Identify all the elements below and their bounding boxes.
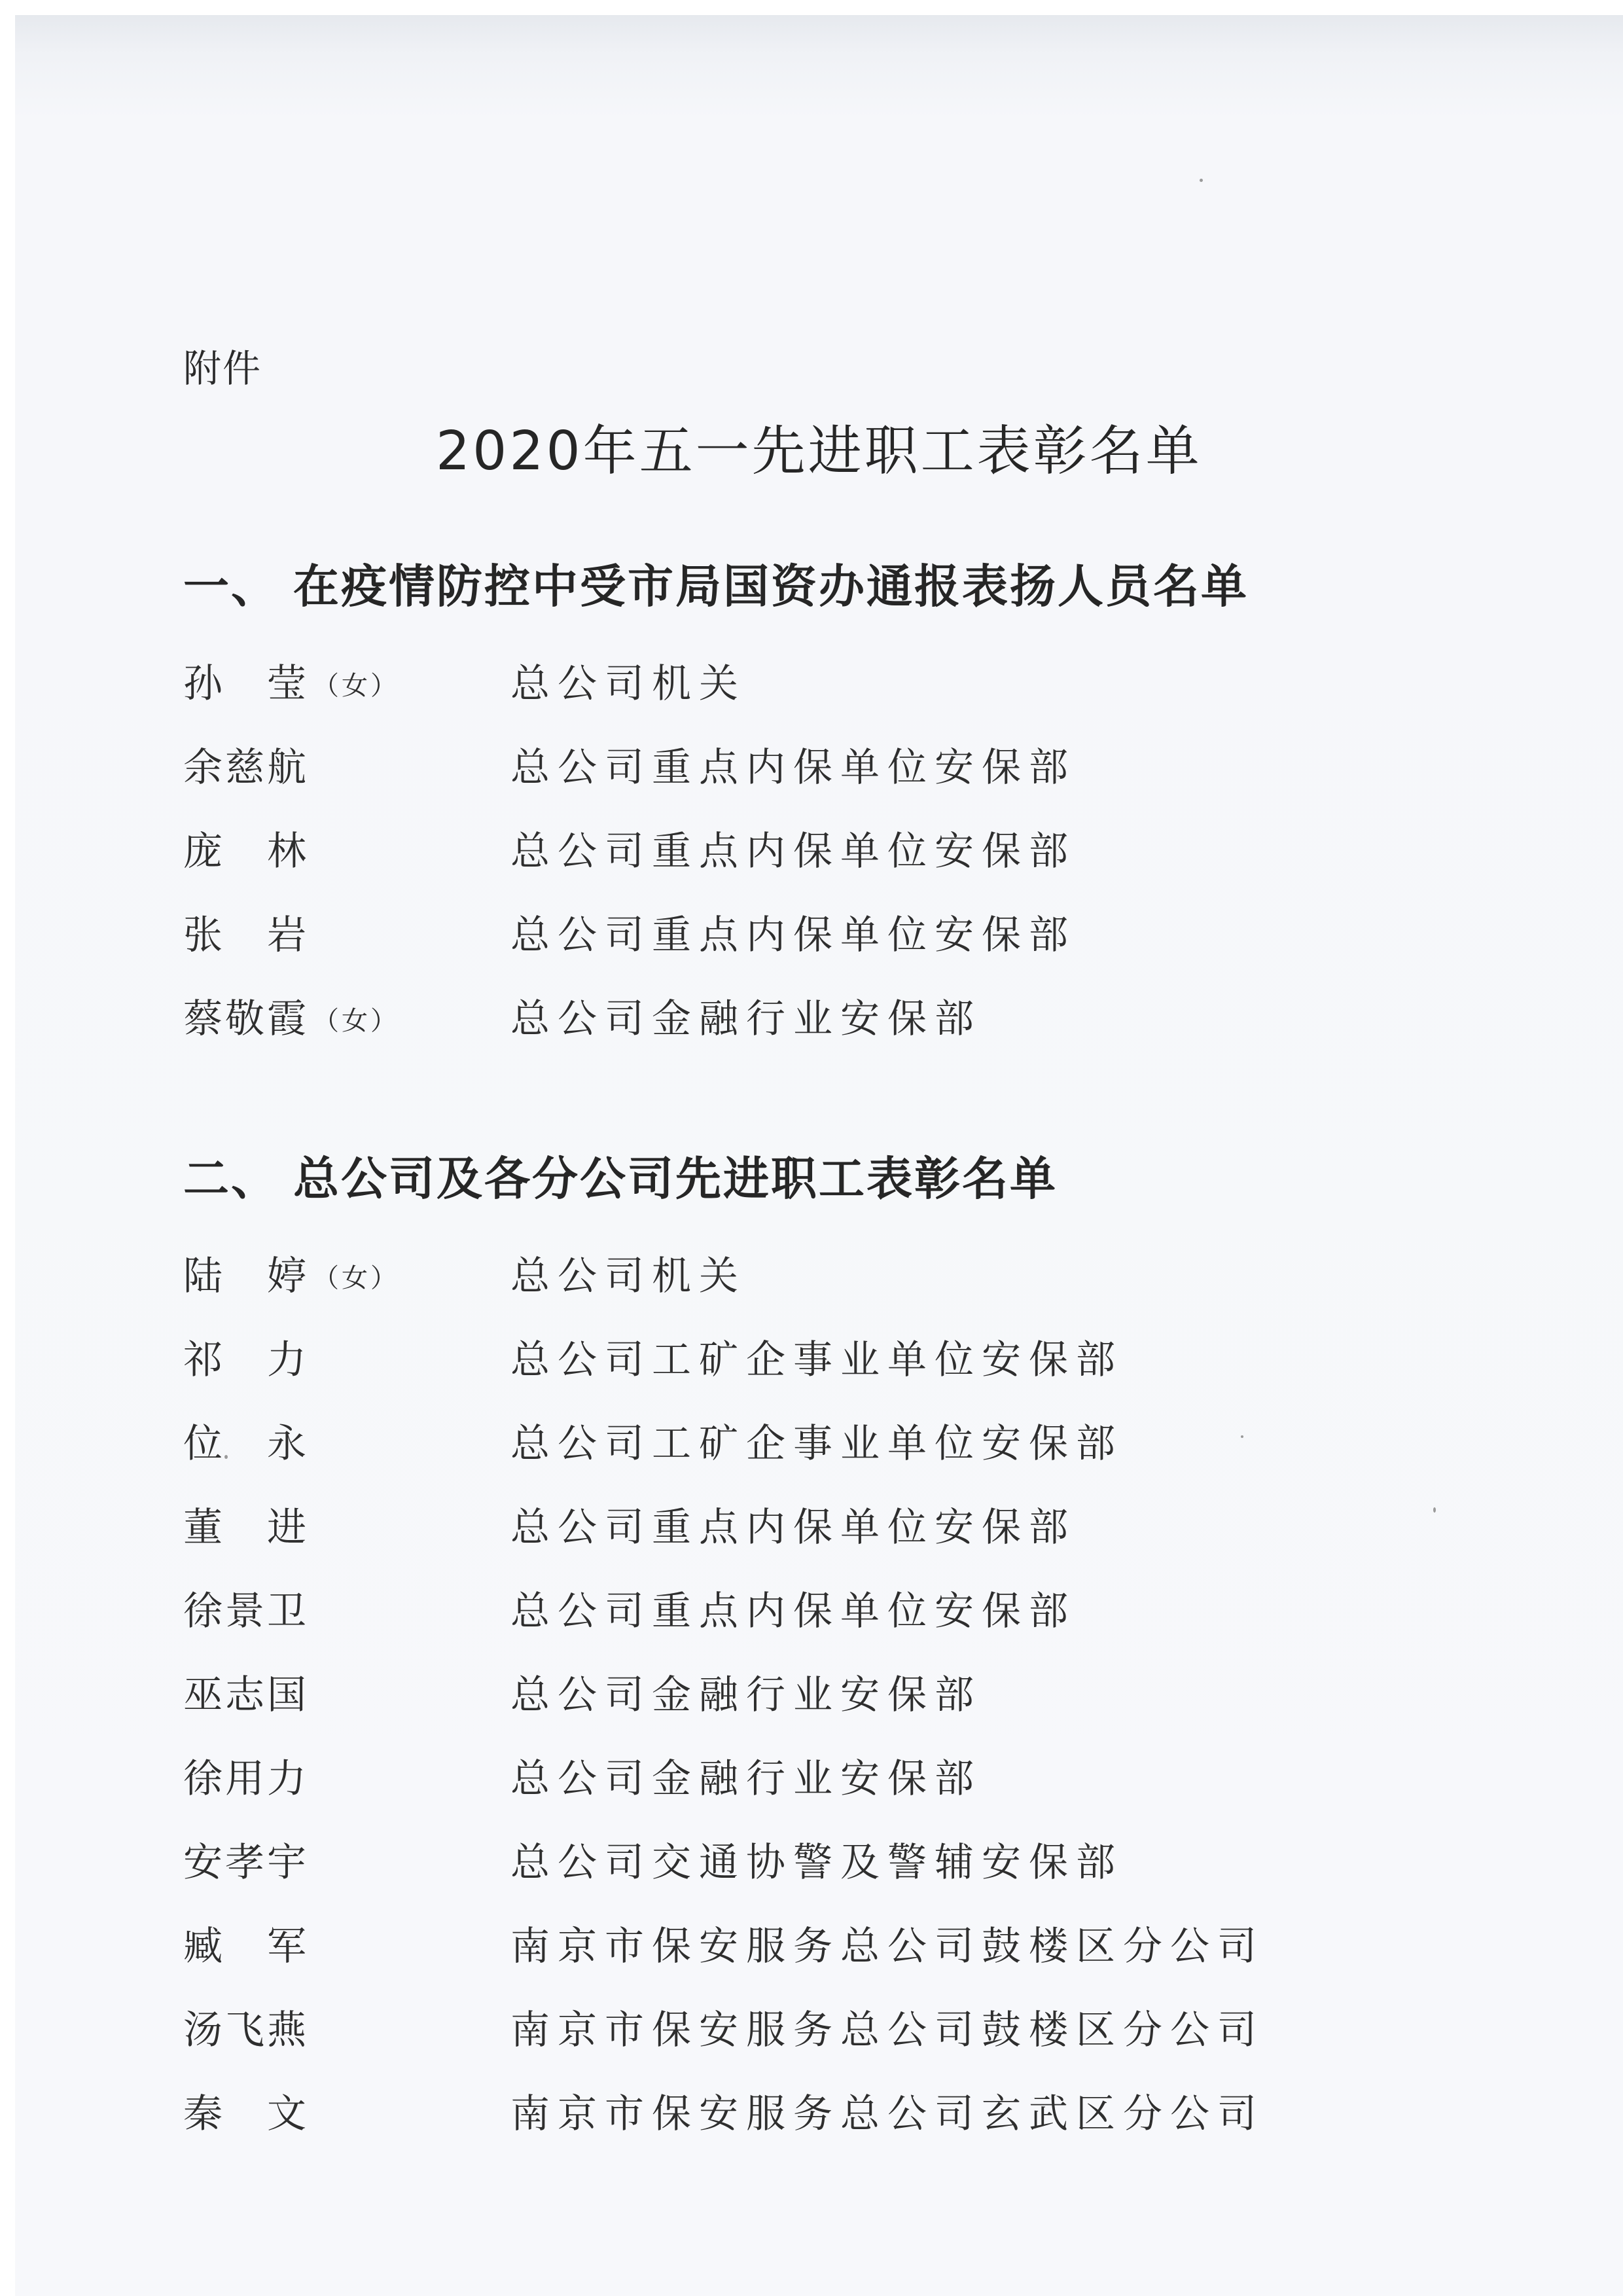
awardee-name: 臧军 <box>183 1917 309 1976</box>
page-title: 2020年五一先进职工表彰名单 <box>436 416 1202 488</box>
gender-note: （女） <box>313 671 399 701</box>
scan-speck <box>1433 1507 1436 1513</box>
scan-speck <box>224 1455 228 1459</box>
list-item: 陆婷（女）总公司机关 <box>183 1247 1427 1306</box>
section-title: 总公司及各分公司先进职工表彰名单 <box>293 1152 1058 1206</box>
awardee-name-text: 陆婷 <box>183 1253 309 1299</box>
awardee-name: 张岩 <box>183 906 309 965</box>
section-number: 二、 <box>183 1147 293 1210</box>
list-item: 汤飞燕南京市保安服务总公司鼓楼区分公司 <box>183 2001 1427 2060</box>
section-title: 在疫情防控中受市局国资办通报表扬人员名单 <box>293 560 1249 613</box>
awardee-unit: 总公司工矿企事业单位安保部 <box>510 1331 1123 1390</box>
awardee-name-text: 秦文 <box>183 2091 309 2137</box>
awardee-unit: 南京市保安服务总公司鼓楼区分公司 <box>510 2001 1264 2060</box>
awardee-unit: 总公司工矿企事业单位安保部 <box>510 1414 1123 1473</box>
awardee-unit: 总公司重点内保单位安保部 <box>510 822 1076 881</box>
list-item: 巫志国总公司金融行业安保部 <box>183 1666 1427 1725</box>
section-number: 一、 <box>183 555 293 618</box>
list-item: 孙莹（女）总公司机关 <box>183 655 1427 713</box>
list-item: 臧军南京市保安服务总公司鼓楼区分公司 <box>183 1917 1427 1976</box>
gender-note: （女） <box>313 1263 399 1293</box>
awardee-name: 安孝宇 <box>183 1833 309 1892</box>
awardee-name: 蔡敬霞（女） <box>183 990 399 1050</box>
list-item: 祁力总公司工矿企事业单位安保部 <box>183 1331 1427 1390</box>
scan-speck <box>1200 179 1203 182</box>
awardee-name-text: 张岩 <box>183 912 309 958</box>
list-item: 庞林总公司重点内保单位安保部 <box>183 822 1427 881</box>
awardee-name: 孙莹（女） <box>183 655 399 715</box>
awardee-unit: 总公司重点内保单位安保部 <box>510 1498 1076 1557</box>
awardee-unit: 总公司金融行业安保部 <box>510 990 982 1049</box>
list-item: 董进总公司重点内保单位安保部 <box>183 1498 1427 1557</box>
awardee-name: 董进 <box>183 1498 309 1557</box>
awardee-unit: 南京市保安服务总公司玄武区分公司 <box>510 2085 1264 2144</box>
awardee-name: 秦文 <box>183 2085 309 2144</box>
awardee-name-text: 祁力 <box>183 1337 309 1383</box>
list-item: 余慈航总公司重点内保单位安保部 <box>183 738 1427 797</box>
list-item: 徐用力总公司金融行业安保部 <box>183 1749 1427 1808</box>
awardee-name-text: 蔡敬霞 <box>183 996 309 1042</box>
list-item: 秦文南京市保安服务总公司玄武区分公司 <box>183 2085 1427 2144</box>
list-item: 张岩总公司重点内保单位安保部 <box>183 906 1427 965</box>
list-item: 位永总公司工矿企事业单位安保部 <box>183 1414 1427 1473</box>
awardee-name-text: 庞林 <box>183 829 309 874</box>
awardee-name-text: 余慈航 <box>183 745 309 791</box>
list-item: 蔡敬霞（女）总公司金融行业安保部 <box>183 990 1427 1049</box>
attachment-label: 附件 <box>183 342 262 395</box>
awardee-name-text: 臧军 <box>183 1924 309 1969</box>
scanned-page: 附件 2020年五一先进职工表彰名单 一、在疫情防控中受市局国资办通报表扬人员名… <box>15 15 1623 2296</box>
scan-speck <box>1241 1435 1243 1438</box>
awardee-name-text: 巫志国 <box>183 1672 309 1718</box>
awardee-name-text: 徐景卫 <box>183 1588 309 1634</box>
awardee-unit: 总公司机关 <box>510 655 746 713</box>
awardee-name: 汤飞燕 <box>183 2001 309 2060</box>
awardee-name-text: 安孝宇 <box>183 1840 309 1886</box>
gender-note: （女） <box>313 1006 399 1036</box>
awardee-name-text: 汤飞燕 <box>183 2007 309 2053</box>
awardee-name: 位永 <box>183 1414 309 1473</box>
awardee-name: 庞林 <box>183 822 309 881</box>
awardee-unit: 总公司重点内保单位安保部 <box>510 1582 1076 1641</box>
list-item: 安孝宇总公司交通协警及警辅安保部 <box>183 1833 1427 1892</box>
section-heading-2: 二、总公司及各分公司先进职工表彰名单 <box>183 1147 1058 1210</box>
awardee-unit: 总公司金融行业安保部 <box>510 1666 982 1725</box>
awardee-name: 徐景卫 <box>183 1582 309 1641</box>
awardee-unit: 总公司重点内保单位安保部 <box>510 906 1076 965</box>
awardee-unit: 总公司金融行业安保部 <box>510 1749 982 1808</box>
awardee-name-text: 徐用力 <box>183 1756 309 1802</box>
awardee-unit: 南京市保安服务总公司鼓楼区分公司 <box>510 1917 1264 1976</box>
awardee-name: 陆婷（女） <box>183 1247 399 1308</box>
awardee-unit: 总公司机关 <box>510 1247 746 1306</box>
section-heading-1: 一、在疫情防控中受市局国资办通报表扬人员名单 <box>183 555 1249 618</box>
awardee-unit: 总公司交通协警及警辅安保部 <box>510 1833 1123 1892</box>
awardee-unit: 总公司重点内保单位安保部 <box>510 738 1076 797</box>
awardee-name: 余慈航 <box>183 738 309 797</box>
awardee-name: 徐用力 <box>183 1749 309 1808</box>
awardee-name-text: 董进 <box>183 1505 309 1551</box>
awardee-name: 祁力 <box>183 1331 309 1390</box>
awardee-name: 巫志国 <box>183 1666 309 1725</box>
awardee-name-text: 位永 <box>183 1421 309 1467</box>
list-item: 徐景卫总公司重点内保单位安保部 <box>183 1582 1427 1641</box>
awardee-name-text: 孙莹 <box>183 661 309 707</box>
